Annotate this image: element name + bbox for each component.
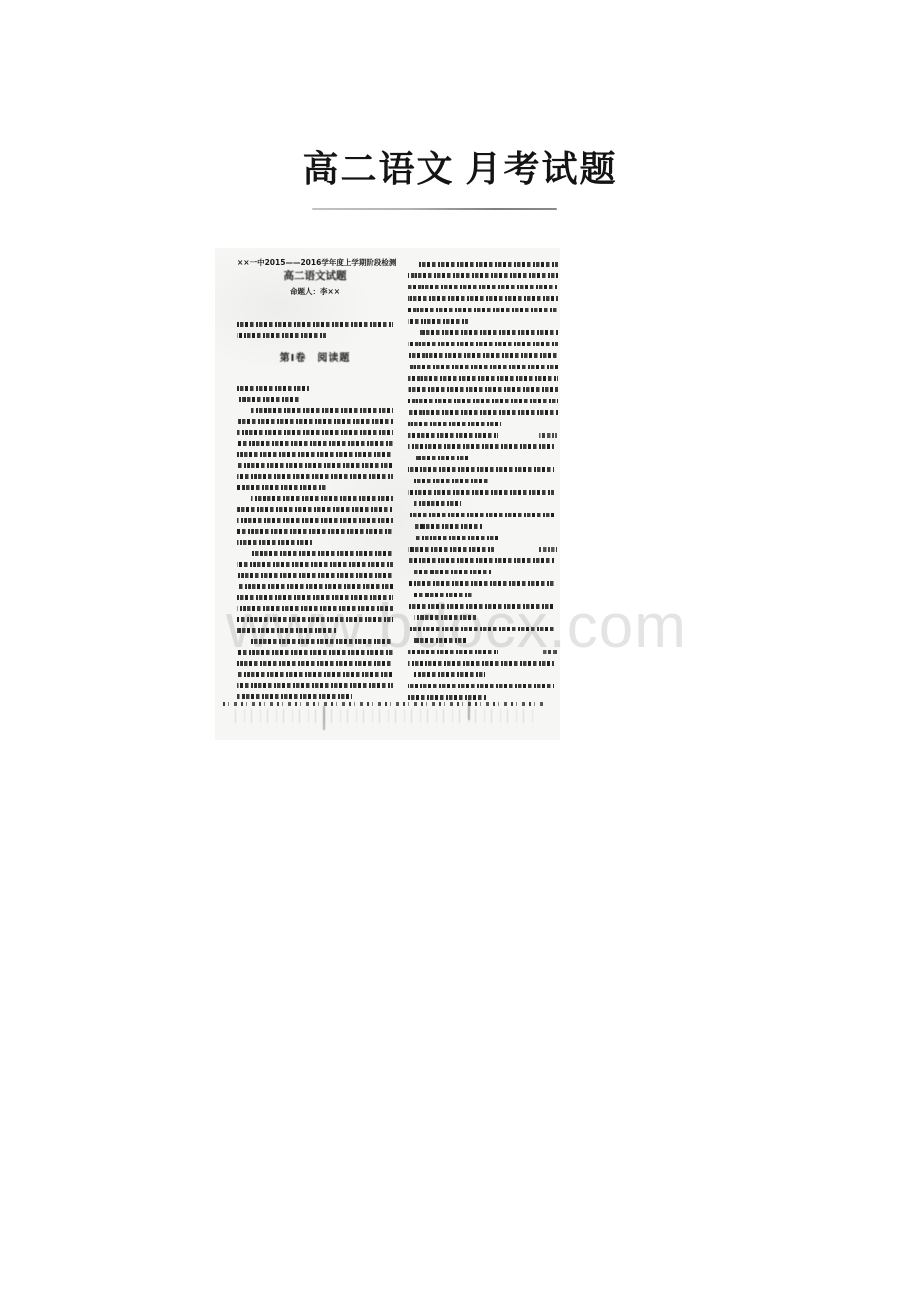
scan-text-stroke <box>408 650 498 655</box>
scan-text-stroke <box>408 604 554 609</box>
scan-text-line <box>237 595 393 600</box>
scan-text-stroke <box>237 584 393 589</box>
scan-text-line <box>408 456 558 461</box>
scan-text-stroke <box>237 386 309 391</box>
scan-text-line <box>408 650 558 655</box>
scan-text-stroke <box>237 452 393 457</box>
scan-text-stroke <box>414 672 485 677</box>
scan-text-line <box>237 639 393 644</box>
scan-text-line <box>408 536 558 541</box>
scan-text-line <box>237 617 393 622</box>
scan-text-stroke <box>414 570 492 575</box>
scan-text-line <box>237 683 393 688</box>
scan-text-line <box>408 262 558 267</box>
scan-text-stroke <box>408 308 558 313</box>
scan-text-line <box>237 441 393 446</box>
scan-text-stroke <box>237 683 393 688</box>
scan-text-line <box>408 387 558 392</box>
scan-text-line <box>408 547 558 552</box>
scan-text-line <box>237 518 393 523</box>
scan-text-stroke <box>408 467 554 472</box>
exam-scan-image: ××一中2015——2016学年度上学期阶段检测 高二语文试题 命题人：李×× … <box>215 248 560 740</box>
scan-text-stroke <box>408 399 558 404</box>
scan-text-stroke <box>237 333 326 338</box>
scan-text-line <box>237 606 393 611</box>
scan-text-line <box>237 507 393 512</box>
scan-text-stroke <box>237 507 393 512</box>
scan-text-line <box>408 581 558 586</box>
scan-text-line <box>237 452 393 457</box>
scan-text-stroke <box>414 593 473 598</box>
scan-text-line <box>408 308 558 313</box>
scan-text-stroke <box>408 296 558 301</box>
scan-text-line <box>237 529 393 534</box>
scan-text-line <box>408 410 558 415</box>
scan-text-line <box>408 615 558 620</box>
scan-text-line <box>237 397 393 402</box>
scan-text-stroke <box>408 376 558 381</box>
scan-text-line <box>408 285 558 290</box>
scan-text-line <box>408 570 558 575</box>
scan-text-line <box>408 479 558 484</box>
scan-fold-mark-left <box>323 706 325 730</box>
scan-text-stroke <box>408 285 558 290</box>
scan-text-stroke <box>237 419 393 424</box>
scan-text-stroke <box>251 408 393 413</box>
scan-text-stroke <box>419 262 559 267</box>
scan-text-stroke <box>408 342 558 347</box>
scan-text-stroke <box>237 430 393 435</box>
scan-text-stroke <box>237 463 393 468</box>
scan-text-line <box>237 573 393 578</box>
scan-text-stroke <box>408 695 486 700</box>
scan-text-stroke <box>408 627 554 632</box>
scan-text-line <box>237 551 393 556</box>
scan-text-line <box>408 273 558 278</box>
scan-text-stroke <box>414 638 468 643</box>
scan-section-heading: 第Ⅰ卷 阅读题 <box>237 352 393 365</box>
scan-text-stroke <box>414 501 461 506</box>
scan-text-stroke <box>408 513 554 518</box>
scan-text-stroke <box>237 397 299 402</box>
scan-text-stroke <box>408 387 558 392</box>
scan-text-stroke <box>237 628 337 633</box>
scan-left-body-lines <box>237 386 393 716</box>
scan-text-stroke <box>251 496 393 501</box>
scan-text-stroke <box>237 617 393 622</box>
scan-text-stroke <box>408 444 554 449</box>
scan-text-stroke <box>408 273 558 278</box>
scan-header-school-line: ××一中2015——2016学年度上学期阶段检测 <box>237 258 393 267</box>
scan-text-stroke <box>408 410 558 415</box>
scan-text-stroke <box>408 490 554 495</box>
scan-text-stroke <box>414 456 468 461</box>
scan-text-stroke <box>237 562 393 567</box>
scan-text-line <box>408 467 558 472</box>
scan-text-line <box>237 333 393 338</box>
scan-text-line <box>408 490 558 495</box>
scan-text-stroke <box>237 573 393 578</box>
scan-text-line <box>237 386 393 391</box>
scan-text-stroke <box>237 672 393 677</box>
scan-text-stroke <box>237 694 352 699</box>
scan-text-line <box>237 419 393 424</box>
scan-text-line <box>237 584 393 589</box>
scan-text-line <box>237 562 393 567</box>
scan-text-line <box>408 604 558 609</box>
scan-text-line <box>408 330 558 335</box>
scan-header-author: 命题人：李×× <box>237 287 393 296</box>
scan-text-stroke <box>237 441 393 446</box>
scan-text-line <box>408 422 558 427</box>
scan-text-line <box>408 661 558 666</box>
scan-text-line <box>237 650 393 655</box>
scan-bottom-edge-artifact <box>223 702 545 706</box>
scan-text-stroke <box>414 479 489 484</box>
scan-text-stroke <box>237 606 393 611</box>
scan-text-stroke <box>408 433 498 438</box>
scan-text-stroke <box>414 615 476 620</box>
scan-text-line <box>237 496 393 501</box>
scan-header-title: 高二语文试题 <box>237 270 393 283</box>
scan-text-line <box>408 342 558 347</box>
scan-text-line <box>408 501 558 506</box>
scan-text-stroke <box>408 558 554 563</box>
scan-text-line <box>237 694 393 699</box>
scan-text-stroke <box>408 422 501 427</box>
scan-text-line <box>408 296 558 301</box>
scan-text-line <box>237 485 393 490</box>
scan-text-line <box>408 524 558 529</box>
scan-text-line <box>408 593 558 598</box>
scan-text-stroke <box>237 474 393 479</box>
scan-text-stroke <box>237 322 393 327</box>
scan-text-line <box>237 661 393 666</box>
scan-text-stroke <box>414 536 498 541</box>
scan-text-line <box>408 672 558 677</box>
scan-text-line <box>408 376 558 381</box>
scan-text-line <box>237 628 393 633</box>
scan-text-stroke <box>237 540 312 545</box>
page-title: 高二语文 月考试题 <box>0 141 920 192</box>
scan-text-line <box>408 399 558 404</box>
scan-text-stroke <box>408 365 558 370</box>
scan-text-line <box>408 558 558 563</box>
scan-text-line <box>237 672 393 677</box>
scan-text-stroke <box>408 684 554 689</box>
scan-text-stroke-right <box>539 547 557 552</box>
scan-text-stroke <box>237 595 393 600</box>
scan-text-line <box>408 353 558 358</box>
scan-text-line <box>237 408 393 413</box>
scan-text-stroke <box>408 547 494 552</box>
scan-text-line <box>237 540 393 545</box>
scan-text-stroke-right <box>539 433 557 438</box>
scan-text-line <box>408 319 558 324</box>
scan-text-stroke <box>408 319 468 324</box>
title-divider <box>312 208 557 210</box>
document-page: 高二语文 月考试题 ××一中2015——2016学年度上学期阶段检测 高二语文试… <box>0 0 920 1302</box>
scan-text-line <box>408 513 558 518</box>
scan-text-line <box>408 444 558 449</box>
scan-text-line <box>237 430 393 435</box>
scan-text-line <box>408 433 558 438</box>
scan-text-stroke <box>419 330 559 335</box>
scan-text-line <box>408 684 558 689</box>
scan-text-stroke <box>237 485 327 490</box>
scan-text-stroke-right <box>542 650 557 655</box>
scan-text-stroke <box>408 581 554 586</box>
scan-notice-lines <box>237 322 393 348</box>
scan-text-stroke <box>251 551 393 556</box>
scan-fold-mark-right <box>468 700 470 720</box>
scan-text-line <box>237 474 393 479</box>
scan-text-stroke <box>408 353 558 358</box>
scan-text-stroke <box>237 529 393 534</box>
scan-text-stroke <box>237 661 393 666</box>
scan-text-stroke <box>414 524 482 529</box>
scan-text-line <box>237 322 393 327</box>
scan-text-line <box>408 695 558 700</box>
scan-text-stroke <box>237 518 393 523</box>
scan-text-line <box>408 365 558 370</box>
scan-text-stroke <box>237 650 393 655</box>
scan-bottom-noise-artifact <box>235 709 535 723</box>
scan-right-body-lines <box>408 262 558 722</box>
scan-text-line <box>237 463 393 468</box>
scan-text-stroke <box>251 639 393 644</box>
scan-text-stroke <box>408 661 554 666</box>
scan-text-line <box>408 638 558 643</box>
scan-text-line <box>408 627 558 632</box>
